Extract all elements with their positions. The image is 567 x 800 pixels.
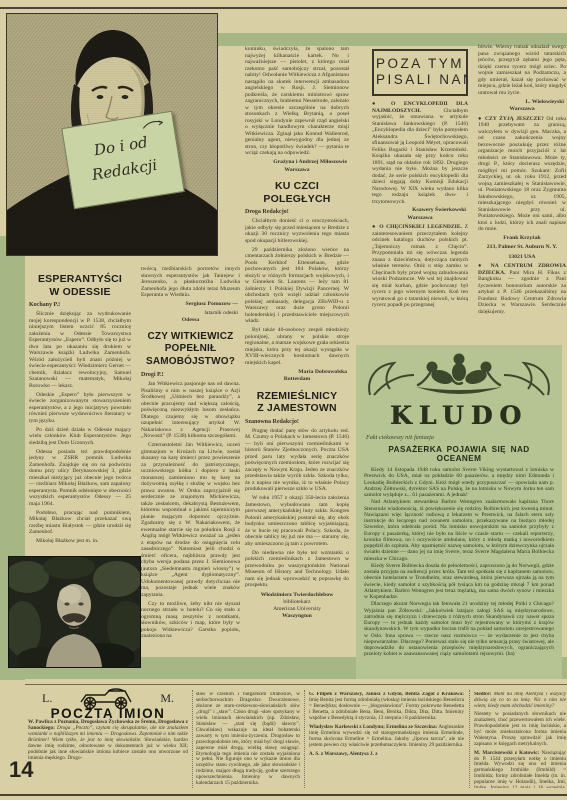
item-text: Od roku 1940 przebywam za granicą, walcz… <box>478 116 566 233</box>
column-center: kominku, świadczyła, że spalono tam najw… <box>245 46 349 655</box>
signature-name: Sergiusz Pomozow — <box>141 301 238 308</box>
bust-photo <box>8 556 141 668</box>
kludo-heading: PASAŻERKA POJAWIA SIĘ NAD OCEANEM <box>364 445 554 463</box>
signature-name: Włodzimierz Twierdochlebow <box>245 592 349 599</box>
signature-name: Frank Krzyżak <box>478 235 566 242</box>
signature-role: latarnik odeski <box>141 310 238 317</box>
article-title-witkiewicz: CZY WITKIEWICZ POPEŁNIŁ SAMOBÓJSTWO? <box>141 331 240 369</box>
signature-name: L. Wielowieyski <box>478 99 564 106</box>
title-line: W ODESSIE <box>29 286 131 299</box>
salutation: Droga Redakcjo! <box>245 209 349 216</box>
item-text: Z zainteresowaniem przeczytałem kolejny … <box>372 224 468 308</box>
poczta-column-1: L. M. POCZTA IMION W. Pawlica z Poznania… <box>28 688 188 788</box>
signature-city: Warszawa <box>478 106 566 113</box>
signature-city: Waszyngton <box>245 613 349 620</box>
section-divider <box>25 684 567 685</box>
paragraph: Jan Witkiewicz pasjonuje nas od dawna. P… <box>141 381 240 440</box>
paragraph: Do niedawna nie było też wzmianki o pols… <box>245 550 349 589</box>
box-title-line: POZA TYM <box>376 56 464 72</box>
paragraph: bitwie. Wierny rumak odnalazł swego pana… <box>478 44 566 96</box>
title-line: CZY WITKIEWICZ <box>141 331 240 344</box>
column-separator <box>192 690 193 788</box>
title-line: Z JAMESTOWN <box>245 402 349 415</box>
item-text: Pani Mira H. Fikus z Bangkoku — zgodnie … <box>478 270 566 315</box>
portrait-engraving: Do i od Redakcji <box>6 13 218 256</box>
salutation: Drogi P.! <box>141 372 240 379</box>
box-title-line: PISALI NAM <box>376 72 464 88</box>
column-esperanto: ESPERANTYŚCI W ODESSIE Kochany P.! Ślicz… <box>29 266 131 554</box>
title-line: RZEMIEŚLNICY <box>245 390 349 403</box>
paragraph: Ślicznie dziękując za wydrukowanie mojej… <box>29 311 131 389</box>
poczta-column-4: Siedlce: Mam na imię Alentysa i wszyscy … <box>474 692 566 788</box>
title-line: ESPERANTYŚCI <box>29 273 131 286</box>
signature-name: Grażyna i Andrzej Miłoszowie <box>245 159 347 166</box>
paragraph: Podobno, pracując nad pomnikiem, Mikołaj… <box>29 510 131 536</box>
paragraph: Nad Atlantykiem stewardesa Barbro Wenngr… <box>364 499 554 562</box>
paragraph: Dlaczego akurat Norwegia tak fetowała 21… <box>364 601 554 657</box>
letter-answer: sław w czeskim i bułgarskim Drahoslav, w… <box>196 692 300 786</box>
poczta-title: POCZTA IMION <box>28 711 188 717</box>
poczta-column-3: G. Filipek z Warszawy, Janusz z Gdyni, B… <box>309 692 464 788</box>
signature-name: Maria Dobrowolska <box>245 369 347 376</box>
poczta-column-2: sław w czeskim i bułgarskim Drahoslav, w… <box>196 692 300 788</box>
signature-block: Włodzimierz Twierdochlebow bibliotekarz … <box>245 592 349 620</box>
article-title-ku-czci: KU CZCI POLEGŁYCH <box>245 180 349 205</box>
signature-name: Ksawery Świerkowski <box>372 207 466 214</box>
signature-city: Warszawa <box>245 167 349 174</box>
paragraph: Czy to możliwe, żeby nikt nie słyszał no… <box>141 601 240 640</box>
paragraph: Kiedy 14 listopada 1948 roku samolot Sve… <box>364 467 554 498</box>
salutation: Szanowna Redakcjo! <box>245 419 349 426</box>
paragraph: W roku 1957 z okazji 350-lecia założenia… <box>245 495 349 547</box>
zamenhof-bust-icon <box>9 557 140 667</box>
paragraph: Po dziś dzień działa w Odessie mający wi… <box>29 427 131 447</box>
paragraph: Odessa posiada też prawdopodobnie jedyny… <box>29 449 131 508</box>
letter-item: Siedlce: Mam na imię Alentysa i wszyscy … <box>474 692 566 710</box>
letter-answer: Niestety w posiadanych słownikach nie zn… <box>474 712 566 748</box>
top-rule <box>0 7 567 9</box>
title-line: POPEŁNIŁ <box>141 343 240 356</box>
paragraph: Kiedy Sverre Bolbiecka doszła do pełnole… <box>364 563 554 601</box>
signature-city: Odessa <box>141 317 240 324</box>
column-witkiewicz: twórcą rzeźbiarskich portretów innych sł… <box>141 266 240 655</box>
letter-item: A. S. z Warszawy, Alentysa J. z <box>309 752 464 758</box>
letter-item: Władysław Karłowski z Londynu; Ermelina … <box>309 725 464 749</box>
letter-item: ● O ENCYKLOPEDII DLA NAJMŁODSZYCH. Chcia… <box>372 101 468 221</box>
title-line: SAMOBÓJSTWO? <box>141 356 240 369</box>
paragraph: Mikołaj Błażkow jest m. in. <box>29 538 131 545</box>
initial-m: M. <box>160 696 174 702</box>
letter-item: ● O CHĘCIŃSKIEJ LEGENDZIE. Z zainteresow… <box>372 224 468 309</box>
item-text: Chciałbym wyjaśnić, że omawiana w artyku… <box>372 108 468 205</box>
item-lead: ● CZY ŻYJĄ JESZCZE? <box>478 116 544 122</box>
paragraph: kominku, świadczyła, że spalono tam najw… <box>245 46 349 157</box>
editorial-card: Do i od Redakcji <box>61 111 184 210</box>
initial-l: L. <box>42 696 52 702</box>
column-separator <box>304 690 305 788</box>
page-number: 14 <box>9 757 33 783</box>
letter-names: A. S. z Warszawy, Alentysa J. z <box>309 751 378 757</box>
paragraph: twórcą rzeźbiarskich portretów innych sł… <box>141 266 240 299</box>
letter-item: ● CZY ŻYJĄ JESZCZE? Od roku 1940 przebyw… <box>478 116 566 261</box>
article-title-esperanto: ESPERANTYŚCI W ODESSIE <box>29 273 131 298</box>
letter-item: M. Marciszewski z Katowic: Nawiązując do… <box>474 751 566 788</box>
article-title-jamestown: RZEMIEŚLNICY Z JAMESTOWN <box>245 390 349 415</box>
paragraph: Chciałbym donieść ci o uroczystościach, … <box>245 218 349 244</box>
kludo-box: KLUDO Fakt ciekawszy niż fantazja PASAŻE… <box>356 345 562 679</box>
letter-item: ● NA CENTRUM ZDROWIA DZIECKA. Pani Mira … <box>478 263 566 315</box>
signature-role: bibliotekarz <box>245 599 349 606</box>
column-poza-tym: POZA TYM PISALI NAM ● O ENCYKLOPEDII DLA… <box>372 49 468 341</box>
poza-tym-box: POZA TYM PISALI NAM <box>372 49 468 96</box>
letter-answer: Imię Benita jest formą zdrobniałą (włosk… <box>309 697 464 721</box>
letter-answer: Nawiązując do P. 1544 przesyłam notkę o … <box>474 750 566 788</box>
paragraph: 29 października złożono wieńce na cmenta… <box>245 247 349 325</box>
letter-item: G. Filipek z Warszawy, Janusz z Gdyni, B… <box>309 692 464 722</box>
column-separator <box>469 690 470 788</box>
signature-city: Rotterdam <box>245 376 349 383</box>
signature-address: 13021 USA <box>478 254 566 261</box>
item-lead: ● O CHĘCIŃSKIEJ LEGENDZIE. <box>372 224 462 230</box>
column-right: bitwie. Wierny rumak odnalazł swego pana… <box>478 44 566 344</box>
signature-address: 213, Palmer St. Auburn N. Y. <box>478 244 566 251</box>
magazine-page: Do i od Redakcji ESPERANTYŚCI W ODESSIE … <box>0 0 567 800</box>
paragraph: Odeskie „Espero” było pierwszym w świeci… <box>29 392 131 425</box>
paragraph: Pragnę dodać parę słów do artykułu red. … <box>245 428 349 493</box>
paragraph: Był także 40-osobowy zespół młodzieży po… <box>245 327 349 366</box>
putti-ornament-icon <box>364 349 554 401</box>
signature-org: American University <box>245 606 349 613</box>
letter-item: W. Pawlica z Poznania, Drogosława Żychow… <box>28 720 188 762</box>
paragraph: Czternastoletni Jan Witkiewicz, uczeń gi… <box>141 442 240 598</box>
kludo-title: KLUDO <box>364 403 554 429</box>
bottom-rule <box>0 794 567 796</box>
kludo-subtitle: Fakt ciekawszy niż fantazja <box>366 434 554 441</box>
signature-city: Warszawa <box>372 215 468 222</box>
salutation: Kochany P.! <box>29 302 131 309</box>
